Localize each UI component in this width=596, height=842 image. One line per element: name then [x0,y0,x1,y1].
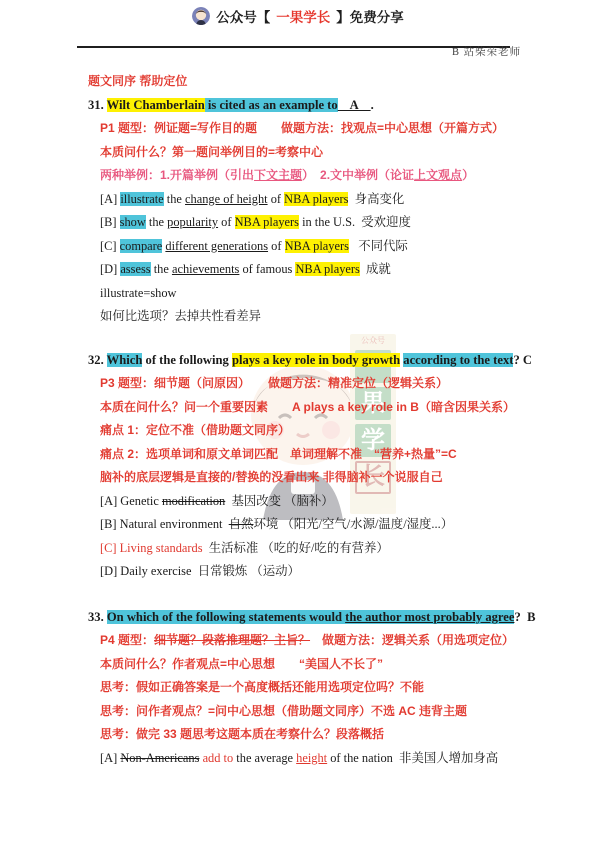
q31-option-c: [C] compare different generations of NBA… [100,235,596,259]
q31-note-equal: illustrate=show [100,282,596,306]
q32-option-b-segment: [B] Natural environment [100,517,229,531]
q31-option-d: [D] assess the achievements of famous NB… [100,258,596,282]
avatar-icon [192,7,210,25]
q33-option-a-segment: [A] [100,751,120,765]
q31-option-d-segment: of famous [239,262,295,276]
q33-option-a-segment: the average [233,751,296,765]
q31-option-c-segment: of [268,239,285,253]
q33-option-a-segment: Non-Americans [120,751,199,765]
q31-option-b-segment: [B] [100,215,120,229]
q31-option-a: [A] illustrate the change of height of N… [100,188,596,212]
q31-stem-segment: is cited as an example to [205,98,338,112]
q32-note-2-segment: 本质在问什么？问一个重要因素 A plays a key role in B（暗… [100,400,515,414]
q33-option-a-segment: add to [203,751,234,765]
q31-option-c-segment: [C] [100,239,120,253]
q31-option-a-segment: of [268,192,285,206]
q33-note-5: 思考：做完 33 题思考这题本质在考察什么？段落概括 [100,723,596,747]
q31-note-3-segment: ） 2.文中举例（论证 [302,168,414,182]
q33-option-a: [A] Non-Americans add to the average hei… [100,747,596,771]
q31-option-c-segment: different generations [165,239,268,253]
q32-option-d: [D] Daily exercise 日常锻炼 （运动） [100,560,596,584]
q33-note-2-segment: 本质问什么？作者观点=中心思想 “美国人不长了” [100,657,383,671]
q33-note-4: 思考：问作者观点？=问中心思想（借助题文同序）不选 AC 违背主题 [100,700,596,724]
q31-stem-segment: Wilt Chamberlain [107,98,205,112]
q31-note-compare: 如何比选项？去掉共性看差异 [100,305,596,329]
q32-option-a-segment: modification [162,494,225,508]
q31-option-b-segment: popularity [167,215,218,229]
q32-note-3-segment: 痛点 1：定位不准（借助题文同序） [100,423,290,437]
q31-note-3-segment: ） [462,168,474,182]
q31-option-a-segment: [A] [100,192,120,206]
q32-option-c: [C] Living standards 生活标准 （吃的好/吃的有营养） [100,537,596,561]
q33-note-3: 思考：假如正确答案是一个高度概括还能用选项定位吗？不能 [100,676,596,700]
q31-option-b-segment: NBA players [235,215,299,229]
q31-stem-segment: A [338,98,371,112]
q32-stem-segment: plays a key role in body growth [232,353,400,367]
q31-option-c-segment: NBA players [285,239,349,253]
q32-option-a: [A] Genetic modification 基因改变 （脑补） [100,490,596,514]
q33-note-1: P4 题型：细节题？段落推理题？主旨？ 做题方法：逻辑关系（用选项定位） [100,629,596,653]
q33-note-1-segment: P4 题型： [100,633,154,647]
q31-note-1-segment: P1 题型：例证题=写作目的题 做题方法：找观点=中心思想（开篇方式） [100,121,504,135]
q32-note-1-segment: P3 题型：细节题（问原因） 做题方法：精准定位（逻辑关系） [100,376,448,390]
q31-note-3-segment: 上文观点 [414,168,462,182]
q31-stem: 31. Wilt Chamberlain is cited as an exam… [88,94,596,118]
document-page: 公众号【一果学长】免费分享 B 站柴荣老师 公众号 一果学长 题文同序 帮助定位… [0,0,596,842]
q31-option-b-segment: the [146,215,167,229]
q33-stem-segment: ? B [514,610,535,624]
q32-option-b-segment: 环境 （阳光/空气/水源/温度/湿度...） [253,517,453,531]
document-lines: 题文同序 帮助定位31. Wilt Chamberlain is cited a… [0,70,596,770]
q32-stem: 32. Which of the following plays a key r… [88,349,596,373]
q32-note-4: 痛点 2：选项单词和原文单词匹配 单词理解不准 “营养+热量”=C [100,443,596,467]
q33-stem: 33. On which of the following statements… [88,606,596,630]
q31-note-compare-segment: 如何比选项？去掉共性看差异 [100,309,261,323]
q31-option-a-segment: illustrate [120,192,163,206]
q31-option-b-segment: of [218,215,235,229]
q31-option-b-segment: in the U.S. 受欢迎度 [299,215,411,229]
note-heading-segment: 题文同序 帮助定位 [88,74,187,88]
q33-note-4-segment: 思考：问作者观点？=问中心思想（借助题文同序）不选 AC 违背主题 [100,704,467,718]
q32-note-4-segment: 痛点 2：选项单词和原文单词匹配 单词理解不准 “营养+热量”=C [100,447,457,461]
q31-option-c-segment: 不同代际 [349,239,408,253]
note-heading: 题文同序 帮助定位 [88,70,596,94]
q31-note-3: 两种举例：1.开篇举例（引出下文主题） 2.文中举例（论证上文观点） [100,164,596,188]
q32-stem-segment: ? C [513,353,532,367]
q32-note-3: 痛点 1：定位不准（借助题文同序） [100,419,596,443]
q31-note-2: 本质问什么？第一题问举例目的=考察中心 [100,141,596,165]
q33-note-2: 本质问什么？作者观点=中心思想 “美国人不长了” [100,653,596,677]
q33-option-a-segment: of the nation 非美国人增加身高 [327,751,498,765]
q31-option-a-segment: NBA players [284,192,348,206]
q31-option-a-segment: 身高变化 [348,192,404,206]
q33-note-1-segment: 细节题？段落推理题？主旨？ [154,633,310,647]
q32-option-a-segment: 基因改变 （脑补） [225,494,333,508]
q31-option-b: [B] show the popularity of NBA players i… [100,211,596,235]
q31-note-equal-segment: illustrate=show [100,286,177,300]
q32-stem-segment: 32. [88,353,107,367]
q33-option-a-segment: height [296,751,327,765]
q32-note-1: P3 题型：细节题（问原因） 做题方法：精准定位（逻辑关系） [100,372,596,396]
q33-stem-segment: 33. [88,610,107,624]
q33-note-5-segment: 思考：做完 33 题思考这题本质在考察什么？段落概括 [100,727,384,741]
q33-note-3-segment: 思考：假如正确答案是一个高度概括还能用选项定位吗？不能 [100,680,424,694]
q31-option-b-segment: show [120,215,146,229]
header-title-suffix: 】免费分享 [336,6,404,26]
header-title-brand: 一果学长 [276,6,330,26]
teacher-byline: B 站柴荣老师 [452,44,521,59]
q32-stem-segment: according to the text [403,353,513,367]
q31-stem-segment: 31. [88,98,107,112]
q32-note-2: 本质在问什么？问一个重要因素 A plays a key role in B（暗… [100,396,596,420]
q32-option-b: [B] Natural environment 自然环境 （阳光/空气/水源/温… [100,513,596,537]
q31-option-d-segment: assess [120,262,150,276]
q31-option-c-segment: compare [120,239,163,253]
q32-option-d-segment: [D] Daily exercise 日常锻炼 （运动） [100,564,300,578]
header-title-prefix: 公众号【 [216,6,270,26]
q31-option-a-segment: the [164,192,185,206]
q33-stem-segment: On which of the following statements wou… [107,610,345,624]
q32-note-5-segment: 脑补的底层逻辑是直接的/替换的没看出来 非得脑补一个说服自己 [100,470,443,484]
q31-note-1: P1 题型：例证题=写作目的题 做题方法：找观点=中心思想（开篇方式） [100,117,596,141]
q33-stem-segment: the author most probably agree [345,610,514,624]
q32-stem-segment: of the following [142,353,232,367]
q31-option-d-segment: 成就 [360,262,391,276]
q32-option-b-segment: 自然 [229,517,254,531]
q32-option-a-segment: [A] Genetic [100,494,162,508]
q31-option-a-segment: change of height [185,192,268,206]
q31-note-2-segment: 本质问什么？第一题问举例目的=考察中心 [100,145,323,159]
page-header: 公众号【一果学长】免费分享 [0,6,596,26]
q31-stem-segment: . [371,98,374,112]
q31-option-d-segment: NBA players [295,262,359,276]
q31-option-d-segment: achievements [172,262,239,276]
q32-option-c-segment: 生活标准 （吃的好/吃的有营养） [203,541,389,555]
q31-option-d-segment: the [151,262,172,276]
q33-note-1-segment: 做题方法：逻辑关系（用选项定位） [310,633,514,647]
q31-option-d-segment: [D] [100,262,120,276]
q32-stem-segment: Which [107,353,143,367]
q32-option-c-segment: [C] Living standards [100,541,203,555]
header-divider [77,46,510,48]
q32-note-5: 脑补的底层逻辑是直接的/替换的没看出来 非得脑补一个说服自己 [100,466,596,490]
q31-note-3-segment: 两种举例：1.开篇举例（引出 [100,168,254,182]
q31-note-3-segment: 下文主题 [254,168,302,182]
